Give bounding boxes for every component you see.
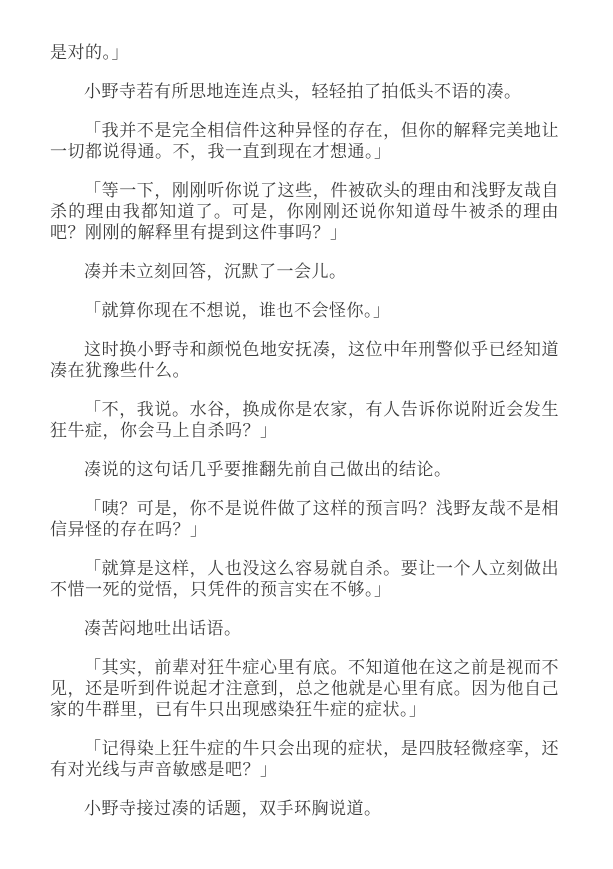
paragraph: 这时换小野寺和颜悦色地安抚凑，这位中年刑警似乎已经知道凑在犹豫些什么。: [50, 339, 559, 381]
paragraph: 「等一下，刚刚听你说了这些，件被砍头的理由和浅野友哉自杀的理由我都知道了。可是，…: [50, 180, 559, 243]
paragraph: 小野寺若有所思地连连点头，轻轻拍了拍低头不语的凑。: [50, 81, 559, 102]
paragraph: 小野寺接过凑的话题，双手环胸说道。: [50, 798, 559, 819]
paragraph: 「不，我说。水谷，换成你是农家，有人告诉你说附近会发生狂牛症，你会马上自杀吗？」: [50, 399, 559, 441]
paragraph: 「记得染上狂牛症的牛只会出现的症状，是四肢轻微痉挛，还有对光线与声音敏感是吧？」: [50, 738, 559, 780]
novel-page: 是对的。」 小野寺若有所思地连连点头，轻轻拍了拍低头不语的凑。 「我并不是完全相…: [0, 0, 613, 869]
paragraph: 凑苦闷地吐出话语。: [50, 618, 559, 639]
paragraph: 「就算你现在不想说，谁也不会怪你。」: [50, 300, 559, 321]
paragraph: 是对的。」: [50, 42, 559, 63]
paragraph: 凑说的这句话几乎要推翻先前自己做出的结论。: [50, 459, 559, 480]
paragraph: 「其实，前辈对狂牛症心里有底。不知道他在这之前是视而不见，还是听到件说起才注意到…: [50, 657, 559, 720]
paragraph: 「咦？可是，你不是说件做了这样的预言吗？浅野友哉不是相信异怪的存在吗？」: [50, 498, 559, 540]
paragraph: 「就算是这样，人也没这么容易就自杀。要让一个人立刻做出不惜一死的觉悟，只凭件的预…: [50, 558, 559, 600]
paragraph: 「我并不是完全相信件这种异怪的存在，但你的解释完美地让一切都说得通。不，我一直到…: [50, 120, 559, 162]
paragraph: 凑并未立刻回答，沉默了一会儿。: [50, 261, 559, 282]
